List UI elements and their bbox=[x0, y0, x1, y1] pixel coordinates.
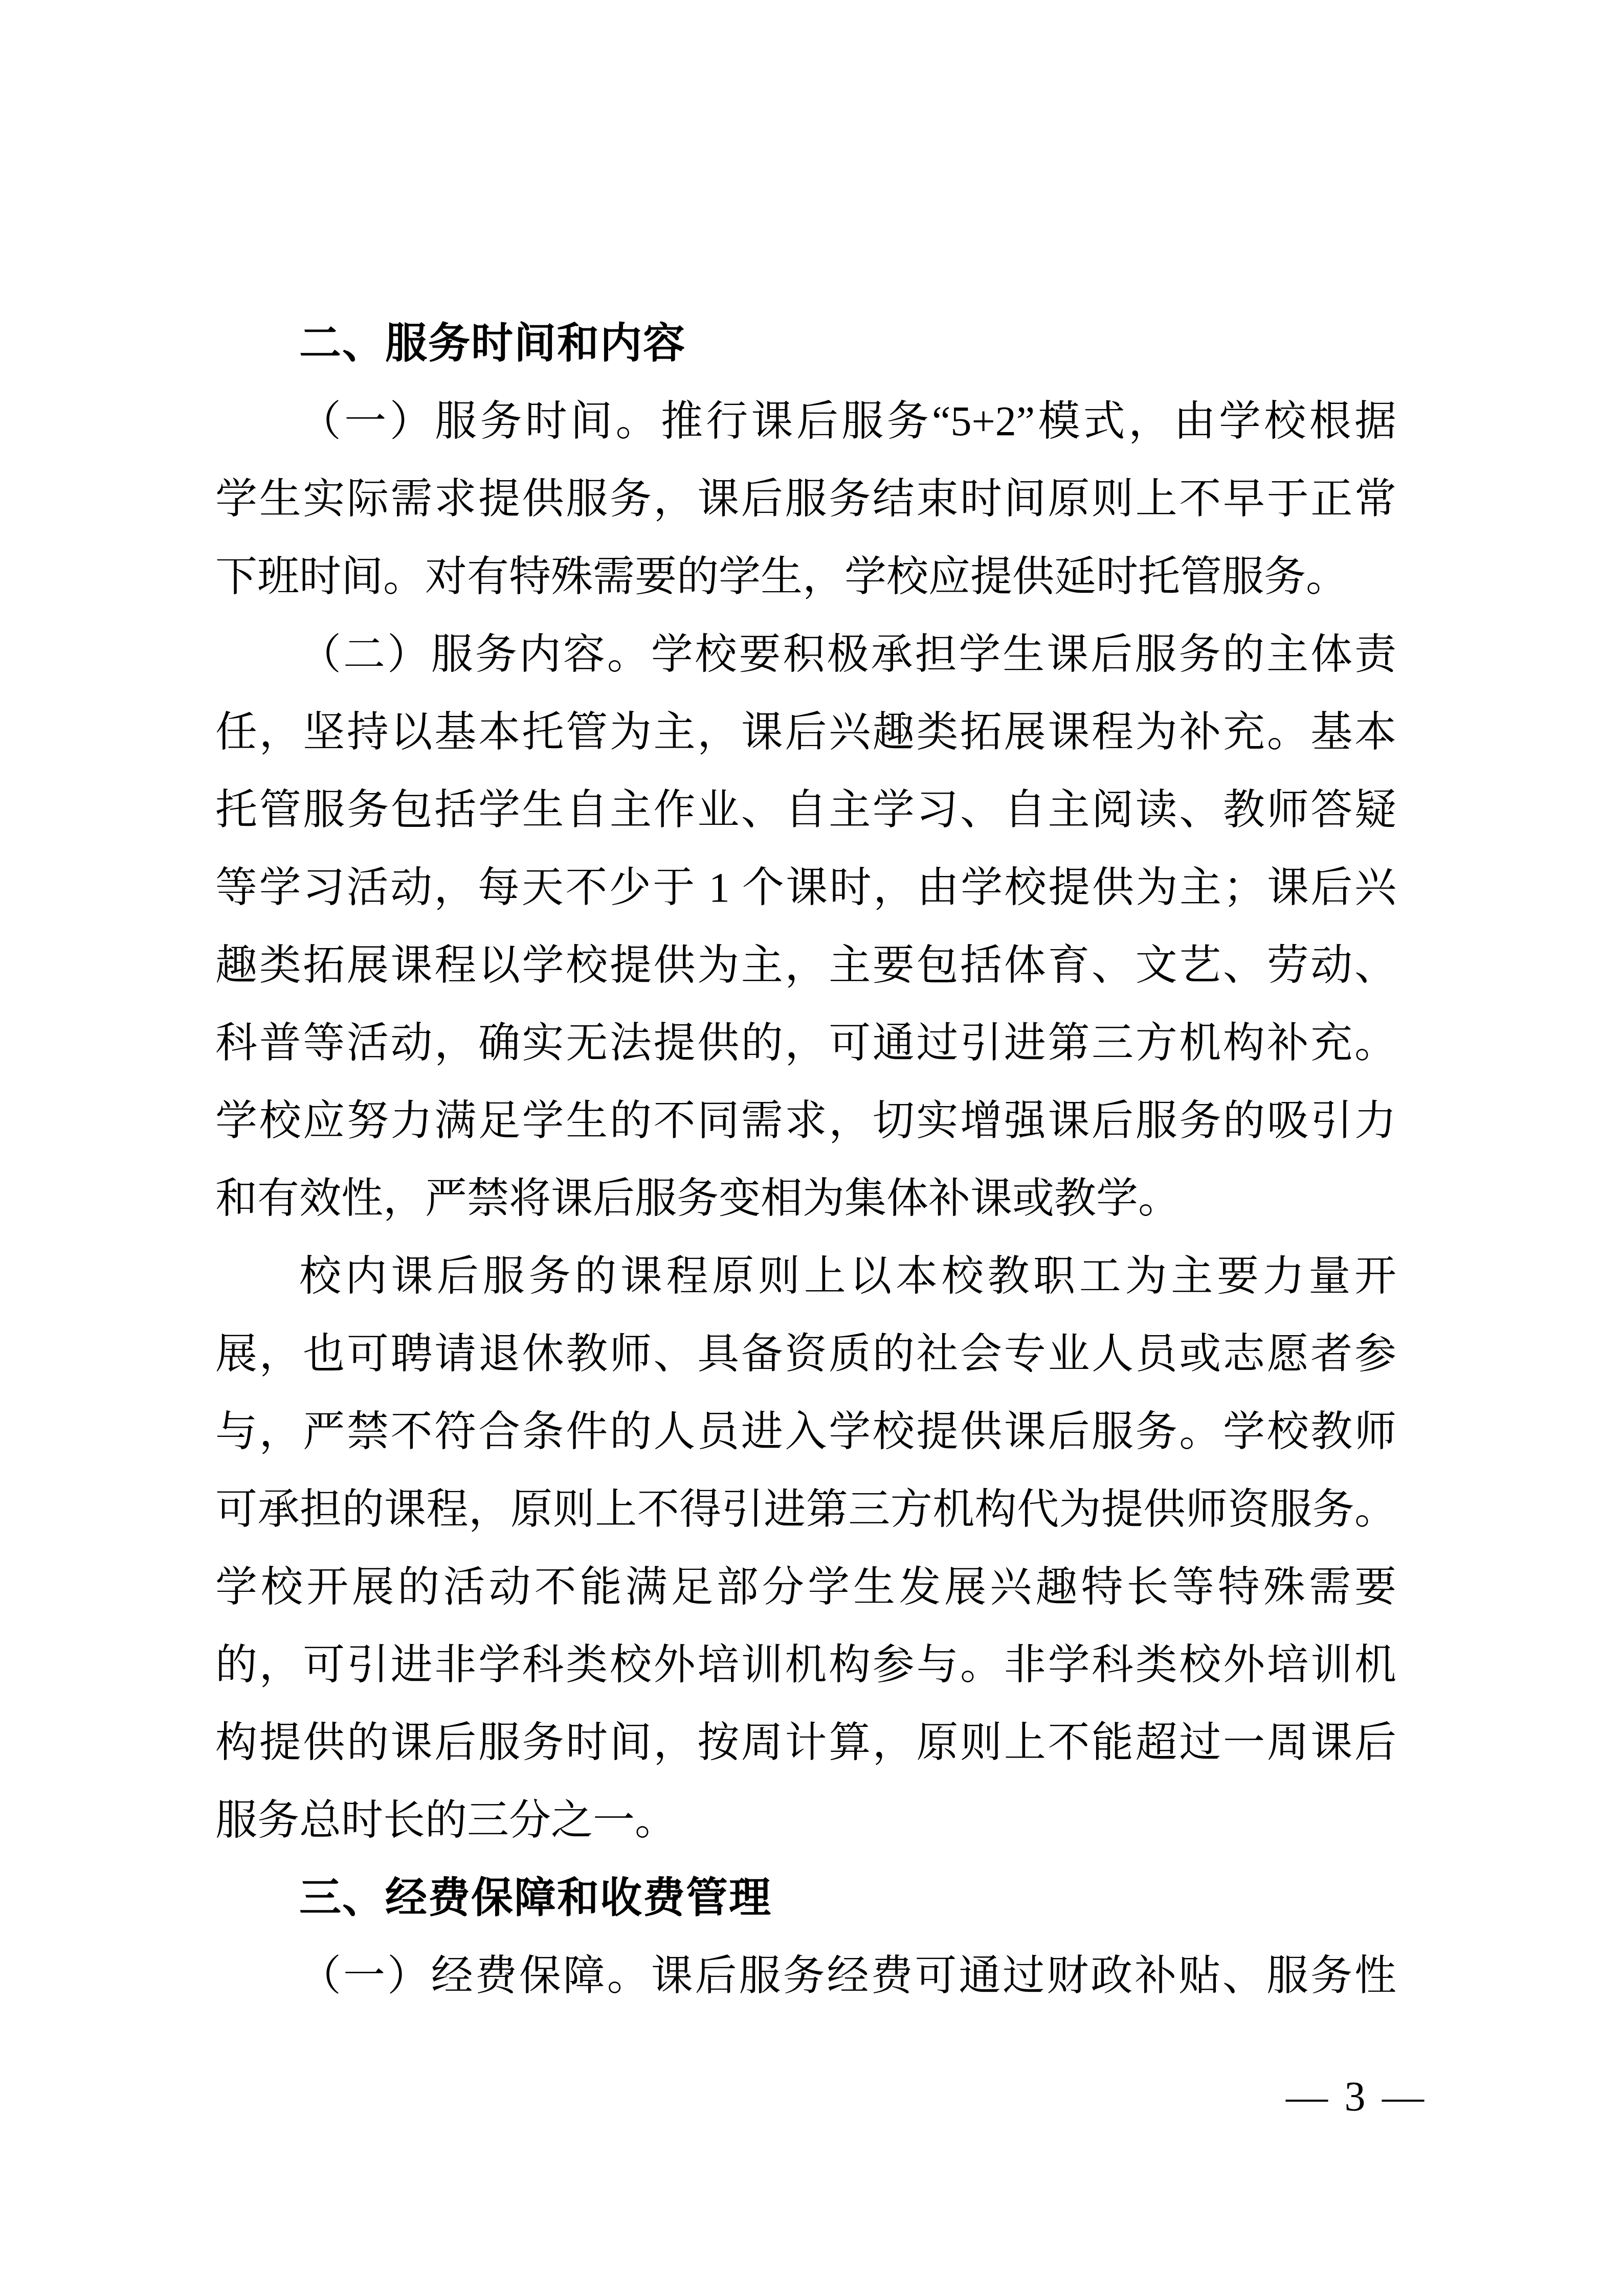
section-heading-service-time-content: 二、服务时间和内容 bbox=[215, 305, 1396, 382]
paragraph-line: 与，严禁不符合条件的人员进入学校提供课后服务。学校教师 bbox=[215, 1393, 1396, 1471]
paragraph-line: 趣类拓展课程以学校提供为主，主要包括体育、文艺、劳动、 bbox=[215, 927, 1396, 1004]
paragraph-line: 服务总时长的三分之一。 bbox=[215, 1782, 1396, 1859]
paragraph-line: 的，可引进非学科类校外培训机构参与。非学科类校外培训机 bbox=[215, 1626, 1396, 1704]
paragraph-line: 等学习活动，每天不少于 1 个课时，由学校提供为主；课后兴 bbox=[215, 849, 1396, 927]
document-page: 二、服务时间和内容 （一）服务时间。推行课后服务“5+2”模式，由学校根据 学生… bbox=[0, 0, 1624, 2296]
page-number: — 3 — bbox=[1286, 2068, 1427, 2125]
paragraph-line: 任，坚持以基本托管为主，课后兴趣类拓展课程为补充。基本 bbox=[215, 693, 1396, 771]
paragraph-line: 学校应努力满足学生的不同需求，切实增强课后服务的吸引力 bbox=[215, 1082, 1396, 1160]
paragraph-line: 展，也可聘请退休教师、具备资质的社会专业人员或志愿者参 bbox=[215, 1315, 1396, 1393]
paragraph-line: 可承担的课程，原则上不得引进第三方机构代为提供师资服务。 bbox=[215, 1471, 1396, 1548]
paragraph-line: 科普等活动，确实无法提供的，可通过引进第三方机构补充。 bbox=[215, 1004, 1396, 1082]
paragraph-line: 构提供的课后服务时间，按周计算，原则上不能超过一周课后 bbox=[215, 1704, 1396, 1782]
paragraph-line: 下班时间。对有特殊需要的学生，学校应提供延时托管服务。 bbox=[215, 538, 1396, 616]
section-heading-funding-fees: 三、经费保障和收费管理 bbox=[215, 1859, 1396, 1937]
paragraph-line: 学校开展的活动不能满足部分学生发展兴趣特长等特殊需要 bbox=[215, 1548, 1396, 1626]
document-body: 二、服务时间和内容 （一）服务时间。推行课后服务“5+2”模式，由学校根据 学生… bbox=[215, 305, 1396, 2015]
paragraph-line: 校内课后服务的课程原则上以本校教职工为主要力量开 bbox=[215, 1237, 1396, 1315]
paragraph-line: 学生实际需求提供服务，课后服务结束时间原则上不早于正常 bbox=[215, 460, 1396, 538]
paragraph-line: （一）服务时间。推行课后服务“5+2”模式，由学校根据 bbox=[215, 382, 1396, 460]
paragraph-line: 托管服务包括学生自主作业、自主学习、自主阅读、教师答疑 bbox=[215, 771, 1396, 849]
paragraph-line: （二）服务内容。学校要积极承担学生课后服务的主体责 bbox=[215, 616, 1396, 693]
paragraph-line: 和有效性，严禁将课后服务变相为集体补课或教学。 bbox=[215, 1160, 1396, 1237]
paragraph-line: （一）经费保障。课后服务经费可通过财政补贴、服务性 bbox=[215, 1937, 1396, 2015]
